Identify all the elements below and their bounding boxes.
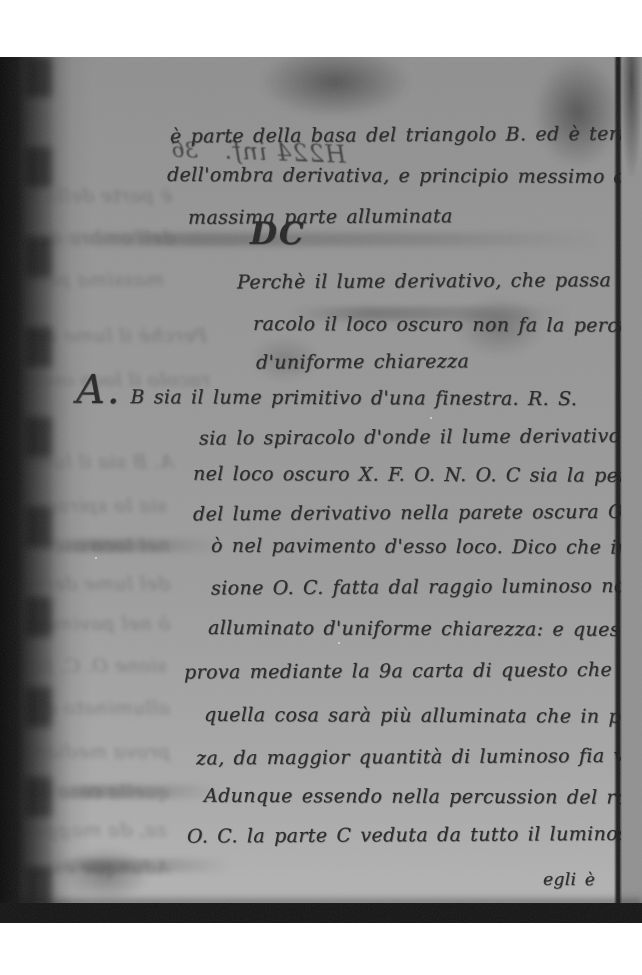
section-heading: DC — [250, 223, 306, 245]
manuscript-line: d'uniforme chiarezza — [256, 350, 469, 373]
ink-smudge — [40, 233, 600, 246]
manuscript-line: Perchè il lume derivativo, che passa per… — [237, 269, 642, 294]
manuscript-line: Adunque essendo nella percussion del rag… — [204, 785, 642, 809]
manuscript-line: massima parte alluminata — [188, 205, 453, 229]
ink-smudge — [535, 57, 620, 167]
manuscript-line: ò nel pavimento d'esso loco. Dico che in… — [211, 535, 642, 559]
manuscript-line: alluminato d'uniforme chiarezza: e quest… — [208, 617, 642, 641]
binding-mottle — [26, 57, 52, 923]
dust-speck — [95, 557, 97, 559]
manuscript-line: nel loco oscuro X. F. O. N. O. C sia la … — [193, 463, 642, 487]
dust-speck — [520, 757, 522, 759]
photo-bottom-edge — [0, 903, 642, 923]
dust-speck — [338, 642, 340, 644]
dust-speck — [430, 417, 432, 419]
manuscript-line: za, da maggior quantità di luminoso fia … — [196, 745, 642, 770]
manuscript-line: O. C. la parte C veduta da tutto il lumi… — [187, 822, 642, 847]
ink-smudge — [260, 57, 410, 117]
manuscript-line: dell'ombra derivativa, e principio messi… — [167, 164, 642, 188]
catchword: egli è — [543, 869, 595, 891]
manuscript-line: quella cosa sarà più alluminata che in p… — [204, 704, 642, 728]
manuscript-line: prova mediante la 9a carta di questo che… — [184, 659, 642, 684]
adjacent-page-shadow — [621, 57, 642, 177]
manuscript-photo: è parte della basa del triangolo B. ed è… — [0, 57, 642, 923]
page-edge-line — [614, 57, 622, 907]
manuscript-line: A. B sia il lume primitivo d'una finestr… — [76, 382, 577, 410]
manuscript-line: sione O. C. fatta dal raggio luminoso no… — [211, 575, 642, 600]
adjacent-page-edge — [621, 57, 642, 907]
manuscript-line: racolo il loco oscuro non fa la percussi… — [253, 313, 642, 337]
scanned-manuscript-page: è parte della basa del triangolo B. ed è… — [0, 0, 642, 975]
manuscript-line: sia lo spiracolo d'onde il lume derivati… — [199, 424, 642, 449]
manuscript-line: del lume derivativo nella parete oscura … — [193, 501, 642, 526]
manuscript-line: è parte della basa del triangolo B. ed è… — [170, 122, 642, 147]
